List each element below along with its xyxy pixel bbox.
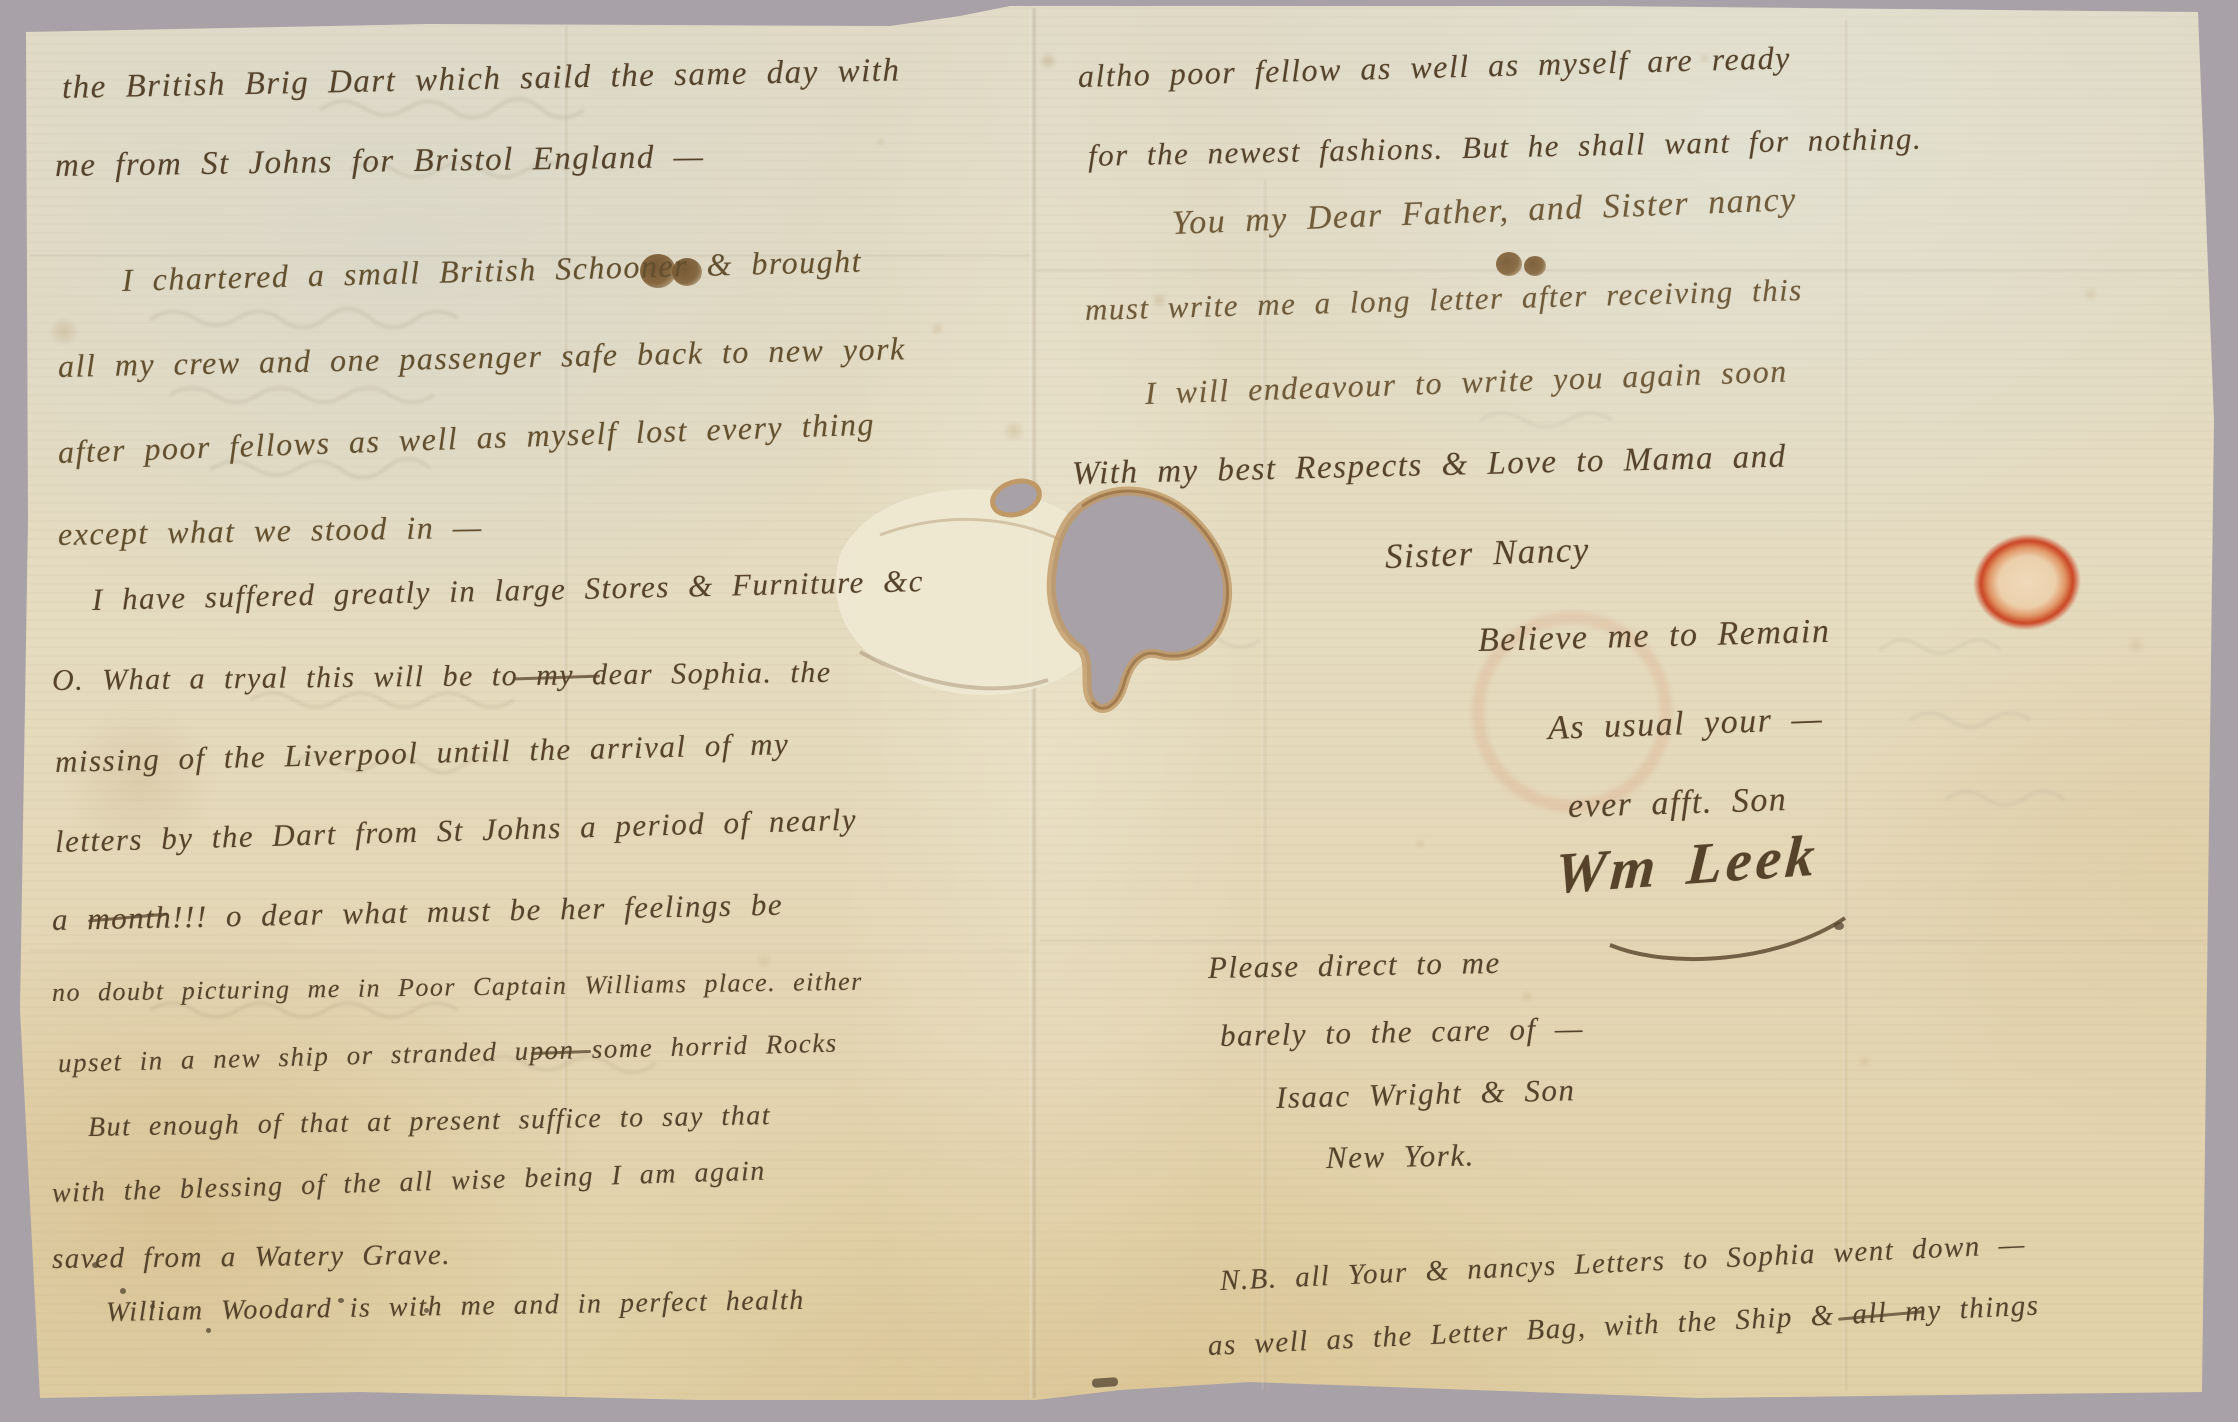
letter-line: saved from a Watery Grave. xyxy=(52,1239,451,1276)
hole-opening xyxy=(1051,491,1227,708)
signature-flourish xyxy=(1600,900,1860,970)
letter-scan: the British Brig Dart which saild the sa… xyxy=(0,0,2238,1422)
closing-line: ever afft. Son xyxy=(1567,781,1787,826)
letter-line: except what we stood in — xyxy=(58,509,483,553)
direction-line: barely to the care of — xyxy=(1220,1010,1585,1054)
direction-line: New York. xyxy=(1326,1137,1475,1176)
direction-line: Please direct to me xyxy=(1208,945,1501,986)
closing-line: Sister Nancy xyxy=(1384,530,1590,577)
